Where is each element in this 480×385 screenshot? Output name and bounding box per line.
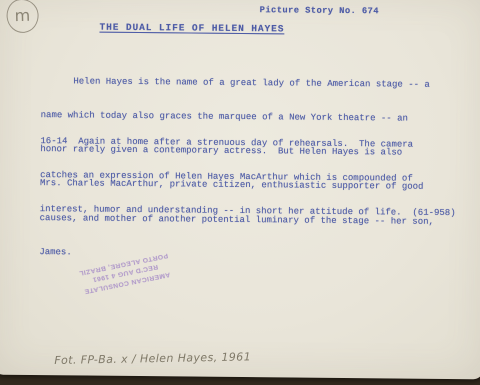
pencil-mark-letter: m [15,8,31,24]
picture-story-number: Picture Story No. 674 [260,5,379,16]
caption-line: Helen Hayes is the name of a great lady … [41,76,435,91]
handwritten-archive-note: Fot. FP-Ba. x / Helen Hayes, 1961 [54,350,251,367]
pencil-circled-mark: m [5,0,40,34]
caption-line: catches an expression of Helen Hayes Mac… [40,170,456,185]
photo-card-back: m Picture Story No. 674 THE DUAL LIFE OF… [0,0,480,379]
caption-title: THE DUAL LIFE OF HELEN HAYES [99,22,284,35]
caption-paragraph-2: 16-14 Again at home after a strenuous da… [39,113,456,242]
caption-line: 16-14 Again at home after a strenuous da… [40,136,456,151]
caption-line: interest, humor and understanding -- in … [40,204,456,219]
caption-line: James. [39,247,433,262]
